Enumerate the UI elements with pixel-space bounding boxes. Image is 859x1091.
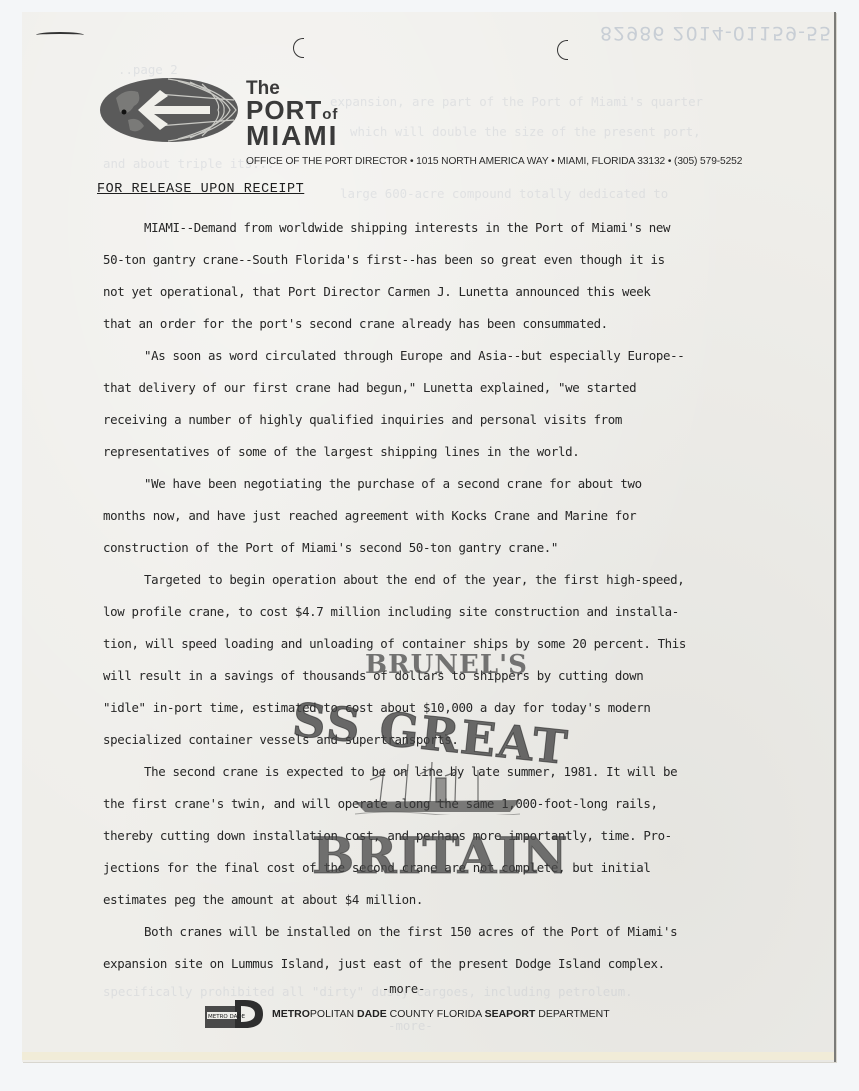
more-marker: -more- xyxy=(382,982,425,996)
text-line: "As soon as word circulated through Euro… xyxy=(103,340,763,372)
text-line: thereby cutting down installation cost, … xyxy=(103,820,763,852)
footer-seaport: SEAPORT xyxy=(485,1008,536,1020)
pen-mark xyxy=(36,32,84,38)
text-line: that an order for the port's second cran… xyxy=(103,308,763,340)
text-line: construction of the Port of Miami's seco… xyxy=(103,532,763,564)
text-line: "We have been negotiating the purchase o… xyxy=(103,468,763,500)
text-line: specialized container vessels and supert… xyxy=(103,724,763,756)
text-line: expansion site on Lummus Island, just ea… xyxy=(103,948,763,980)
text-line: estimates peg the amount at about $4 mil… xyxy=(103,884,763,916)
page-edge xyxy=(22,1052,834,1060)
footer-department: METROPOLITAN DADE COUNTY FLORIDA SEAPORT… xyxy=(272,1008,610,1020)
paragraph: "As soon as word circulated through Euro… xyxy=(103,340,763,468)
paragraph: MIAMI--Demand from worldwide shipping in… xyxy=(103,212,763,340)
release-label: FOR RELEASE UPON RECEIPT xyxy=(97,182,304,197)
text-line: "idle" in-port time, estimated to cost a… xyxy=(103,692,763,724)
footer-metro: METRO xyxy=(272,1008,310,1020)
svg-text:METRO DADE: METRO DADE xyxy=(208,1014,246,1020)
paragraph: Both cranes will be installed on the fir… xyxy=(103,916,763,980)
steamship-watermark-icon xyxy=(350,760,525,815)
text-line: Targeted to begin operation about the en… xyxy=(103,564,763,596)
text-line: not yet operational, that Port Director … xyxy=(103,276,763,308)
text-line: months now, and have just reached agreem… xyxy=(103,500,763,532)
archive-number: 82986 2014-01159-55 xyxy=(600,22,832,44)
text-line: 50-ton gantry crane--South Florida's fir… xyxy=(103,244,763,276)
paragraph: "We have been negotiating the purchase o… xyxy=(103,468,763,564)
footer-dade: DADE xyxy=(357,1008,387,1020)
text-line: tion, will speed loading and unloading o… xyxy=(103,628,763,660)
paragraph: Targeted to begin operation about the en… xyxy=(103,564,763,756)
text-line: jections for the final cost of the secon… xyxy=(103,852,763,884)
text-line: MIAMI--Demand from worldwide shipping in… xyxy=(103,212,763,244)
metro-dade-logo-icon: METRO DADE xyxy=(205,1000,263,1028)
text-line: low profile crane, to cost $4.7 million … xyxy=(103,596,763,628)
text-line: representatives of some of the largest s… xyxy=(103,436,763,468)
footer-politan: POLITAN xyxy=(310,1008,357,1020)
press-release-body: MIAMI--Demand from worldwide shipping in… xyxy=(103,212,763,980)
footer-department-word: DEPARTMENT xyxy=(535,1008,609,1020)
logo-miami: MIAMI xyxy=(246,123,338,150)
text-line: Both cranes will be installed on the fir… xyxy=(103,916,763,948)
text-line: receiving a number of highly qualified i… xyxy=(103,404,763,436)
globe-arrow-logo-icon xyxy=(98,76,240,144)
footer-county-florida: COUNTY FLORIDA xyxy=(387,1008,485,1020)
letterhead-address: OFFICE OF THE PORT DIRECTOR • 1015 NORTH… xyxy=(246,156,742,167)
text-line: that delivery of our first crane had beg… xyxy=(103,372,763,404)
port-of-miami-wordmark: The PORTof MIAMI xyxy=(246,80,338,149)
text-line: will result in a savings of thousands of… xyxy=(103,660,763,692)
